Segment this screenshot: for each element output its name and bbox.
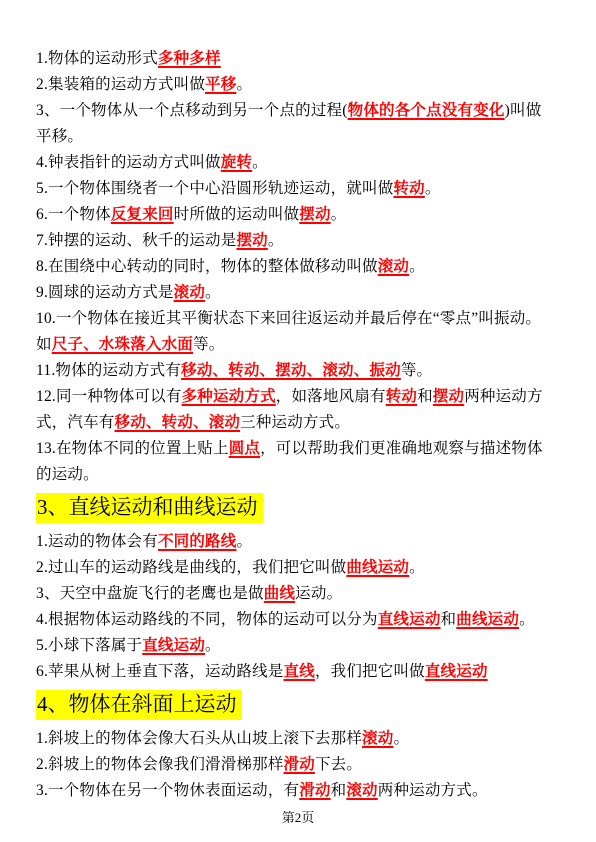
text-segment: 5.一个物体围绕者一个中心沿圆形轨迹运动，就叫做 [36,180,393,197]
text-segment: 10.一个物体在接近其平衡状态下来回往返运动并最后停在“零点”叫振动。 [36,310,541,327]
section-heading: 4、物体在斜面上运动 [36,690,562,722]
text-segment: 等。 [193,336,224,353]
text-line: 7.钟摆的运动、秋千的运动是摆动。 [36,228,562,254]
text-segment: 式，汽车有 [36,414,115,431]
text-segment: 下去。 [315,756,362,773]
text-segment: 2.过山车的运动路线是曲线的，我们把它叫做 [36,559,346,576]
text-line: 式，汽车有移动、转动、滚动三种运动方式。 [36,410,562,436]
text-segment: 9.圆球的运动方式是 [36,284,174,301]
keyword-red: 直线运动 [425,663,488,680]
text-segment: 3.一个物体在另一个物休表面运动，有 [36,782,299,799]
keyword-red: 反复来回 [111,206,174,223]
text-segment: 4.根据物体运动路线的不同，物体的运动可以分为 [36,611,378,628]
text-segment: 13.在物体不同的位置上贴上 [36,440,229,457]
text-line: 8.在围绕中心转动的同时，物体的整体做移动叫做滚动。 [36,254,562,280]
text-line: 1.斜坡上的物体会像大石头从山坡上滚下去那样滚动。 [36,726,562,752]
keyword-red: 直线 [284,663,315,680]
text-segment: 4、物体在斜面上运动 [37,692,237,716]
keyword-red: 圆点 [229,440,260,457]
keyword-red: 直线运动 [142,637,205,654]
heading-highlight: 4、物体在斜面上运动 [36,690,242,720]
keyword-red: 移动、转动、摆动、滚动、振动 [181,362,401,379]
text-segment: 3、天空中盘旋飞行的老鹰也是做 [36,585,264,602]
text-line: 3.一个物体在另一个物休表面运动，有滑动和滚动两种运动方式。 [36,778,562,804]
keyword-red: 曲线运动 [456,611,519,628]
keyword-red: 多种多样 [158,50,221,67]
keyword-red: 摆动 [236,232,267,249]
text-segment: )叫做 [505,102,542,119]
keyword-red: 滚动 [174,284,205,301]
text-line: 5.一个物体围绕者一个中心沿圆形轨迹运动，就叫做转动。 [36,176,562,202]
keyword-red: 滚动 [378,258,409,275]
text-line: 如尺子、水珠落入水面等。 [36,332,562,358]
text-line: 10.一个物体在接近其平衡状态下来回往返运动并最后停在“零点”叫振动。 [36,306,562,332]
text-segment: 2.集装箱的运动方式叫做 [36,76,205,93]
text-segment: 的运动。 [36,466,99,483]
keyword-red: 平移 [205,76,236,93]
text-segment: 1.斜坡上的物体会像大石头从山坡上滚下去那样 [36,730,362,747]
text-line: 1.物体的运动形式多种多样 [36,46,562,72]
text-segment: 3、直线运动和曲线运动 [37,495,258,519]
text-segment: 如 [36,336,52,353]
text-segment: 1.物体的运动形式 [36,50,158,67]
text-line: 9.圆球的运动方式是滚动。 [36,280,562,306]
text-line: 5.小球下落属于直线运动。 [36,633,562,659]
text-segment: 和 [331,782,347,799]
document-body: 1.物体的运动形式多种多样2.集装箱的运动方式叫做平移。3、一个物体从一个点移动… [0,0,596,804]
text-segment: 。 [519,611,535,628]
text-segment: 等。 [401,362,432,379]
text-segment: 。 [268,232,284,249]
text-segment: 。 [393,730,409,747]
text-line: 平移。 [36,124,562,150]
text-segment: 。 [409,559,425,576]
text-line: 3、一个物体从一个点移动到另一个点的过程(物体的各个点没有变化)叫做 [36,98,562,124]
keyword-red: 摆动 [433,388,464,405]
text-segment: 4.钟表指针的运动方式叫做 [36,154,221,171]
text-segment: 6.苹果从树上垂直下落，运动路线是 [36,663,284,680]
text-segment: 运动。 [295,585,342,602]
text-segment: 两种运动方式。 [378,782,488,799]
document-page: 1.物体的运动形式多种多样2.集装箱的运动方式叫做平移。3、一个物体从一个点移动… [0,0,596,842]
keyword-red: 旋转 [221,154,252,171]
text-segment: 时所做的运动叫做 [174,206,300,223]
text-line: 6.一个物体反复来回时所做的运动叫做摆动。 [36,202,562,228]
keyword-red: 尺子、水珠落入水面 [52,336,193,353]
keyword-red: 转动 [386,388,417,405]
text-line: 4.钟表指针的运动方式叫做旋转。 [36,150,562,176]
text-segment: 平移。 [36,128,83,145]
text-line: 1.运动的物体会有不同的路线。 [36,529,562,555]
text-line: 12.同一种物体可以有多种运动方式，如落地风扇有转动和摆动两种运动方 [36,384,562,410]
keyword-red: 物体的各个点没有变化 [348,102,505,119]
text-segment: 。 [252,154,268,171]
text-line: 11.物体的运动方式有移动、转动、摆动、滚动、振动等。 [36,358,562,384]
text-line: 的运动。 [36,462,562,488]
keyword-red: 不同的路线 [158,533,237,550]
text-segment: 2.斜坡上的物体会像我们滑滑梯那样 [36,756,284,773]
text-line: 2.斜坡上的物体会像我们滑滑梯那样滑动下去。 [36,752,562,778]
keyword-red: 直线运动 [378,611,441,628]
section-heading: 3、直线运动和曲线运动 [36,493,562,525]
text-segment: 。 [236,533,252,550]
text-segment: ，可以帮助我们更准确地观察与描述物体 [260,440,543,457]
text-segment: 。 [425,180,441,197]
keyword-red: 曲线运动 [346,559,409,576]
text-segment: 。 [236,76,252,93]
keyword-red: 摆动 [299,206,330,223]
text-segment: 和 [417,388,433,405]
text-segment: 6.一个物体 [36,206,111,223]
text-segment: 5.小球下落属于 [36,637,142,654]
text-segment: 。 [331,206,347,223]
text-segment: 12.同一种物体可以有 [36,388,182,405]
text-segment: ，我们把它叫做 [315,663,425,680]
text-line: 4.根据物体运动路线的不同，物体的运动可以分为直线运动和曲线运动。 [36,607,562,633]
keyword-red: 滚动 [346,782,377,799]
text-line: 13.在物体不同的位置上贴上圆点，可以帮助我们更准确地观察与描述物体 [36,436,562,462]
text-segment: ，如落地风扇有 [276,388,386,405]
text-segment: 。 [409,258,425,275]
text-line: 2.集装箱的运动方式叫做平移。 [36,72,562,98]
keyword-red: 移动、转动、滚动 [115,414,241,431]
text-segment: 三种运动方式。 [240,414,350,431]
text-line: 6.苹果从树上垂直下落，运动路线是直线，我们把它叫做直线运动 [36,659,562,685]
text-segment: 。 [205,637,221,654]
keyword-red: 滚动 [362,730,393,747]
heading-highlight: 3、直线运动和曲线运动 [36,493,263,523]
text-segment: 3、一个物体从一个点移动到另一个点的过程( [36,102,348,119]
text-segment: 和 [441,611,457,628]
text-line: 3、天空中盘旋飞行的老鹰也是做曲线运动。 [36,581,562,607]
keyword-red: 曲线 [264,585,295,602]
keyword-red: 滑动 [299,782,330,799]
page-number: 第2页 [0,807,596,826]
text-line: 2.过山车的运动路线是曲线的，我们把它叫做曲线运动。 [36,555,562,581]
text-segment: 。 [205,284,221,301]
keyword-red: 转动 [393,180,424,197]
text-segment: 8.在围绕中心转动的同时，物体的整体做移动叫做 [36,258,378,275]
text-segment: 11.物体的运动方式有 [36,362,181,379]
text-segment: 7.钟摆的运动、秋千的运动是 [36,232,236,249]
text-segment: 两种运动方 [464,388,543,405]
text-segment: 1.运动的物体会有 [36,533,158,550]
keyword-red: 滑动 [284,756,315,773]
keyword-red: 多种运动方式 [182,388,276,405]
